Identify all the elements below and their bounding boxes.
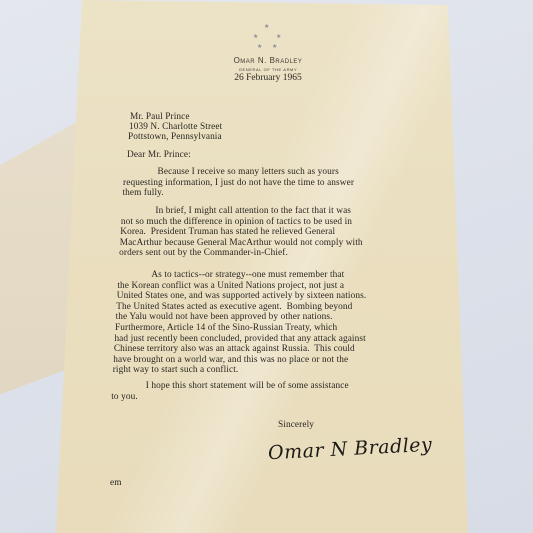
body-line: Because I receive so many letters such a… [124,167,339,178]
star-icon: ★ [272,44,277,50]
body-line: As to tactics--or strategy--one must rem… [118,270,344,281]
star-icon: ★ [264,24,269,30]
body-line: Furthermore, Article 14 of the Sino-Russ… [115,323,337,334]
body-line: Chinese territory also was an attack aga… [114,344,355,355]
letterhead-title: GENERAL OF THE ARMY [200,67,336,72]
body-line: United States one, and was supported act… [117,291,366,302]
recipient-city: Pottstown, Pennsylvania [128,132,222,143]
body-line: MacArthur because General MacArthur woul… [120,238,363,249]
star-icon: ★ [257,44,262,50]
body-line: them fully. [122,188,163,199]
body-line: the Korean conflict was a United Nations… [117,281,344,292]
letter-date: 26 February 1965 [200,73,336,83]
body-line: I hope this short statement will be of s… [112,381,349,392]
typist-initials: em [110,478,122,489]
body-line: the Yalu would not have been approved by… [116,312,333,323]
body-line: The United States acted as executive age… [116,302,352,313]
body-line: In brief, I might call attention to the … [121,206,351,217]
star-icon: ★ [276,34,281,40]
body-line: right way to start such a conflict. [113,365,239,376]
recipient-name: Mr. Paul Prince [130,112,190,123]
closing: Sincerely [278,420,314,431]
body-line: to you. [111,392,138,403]
recipient-street: 1039 N. Charlotte Street [129,122,222,133]
salutation: Dear Mr. Prince: [127,150,191,161]
body-line: requesting information, I just do not ha… [123,178,354,189]
letterhead-name: Omar N. Bradley [200,56,336,65]
star-icon: ★ [253,34,258,40]
body-line: not so much the difference in opinion of… [121,217,352,228]
body-line: had just recently been concluded, provid… [114,334,365,345]
body-line: have brought on a world war, and this wa… [113,355,348,366]
body-line: orders sent out by the Commander-in-Chie… [119,248,288,259]
body-line: Korea. President Truman has stated he re… [120,227,335,238]
